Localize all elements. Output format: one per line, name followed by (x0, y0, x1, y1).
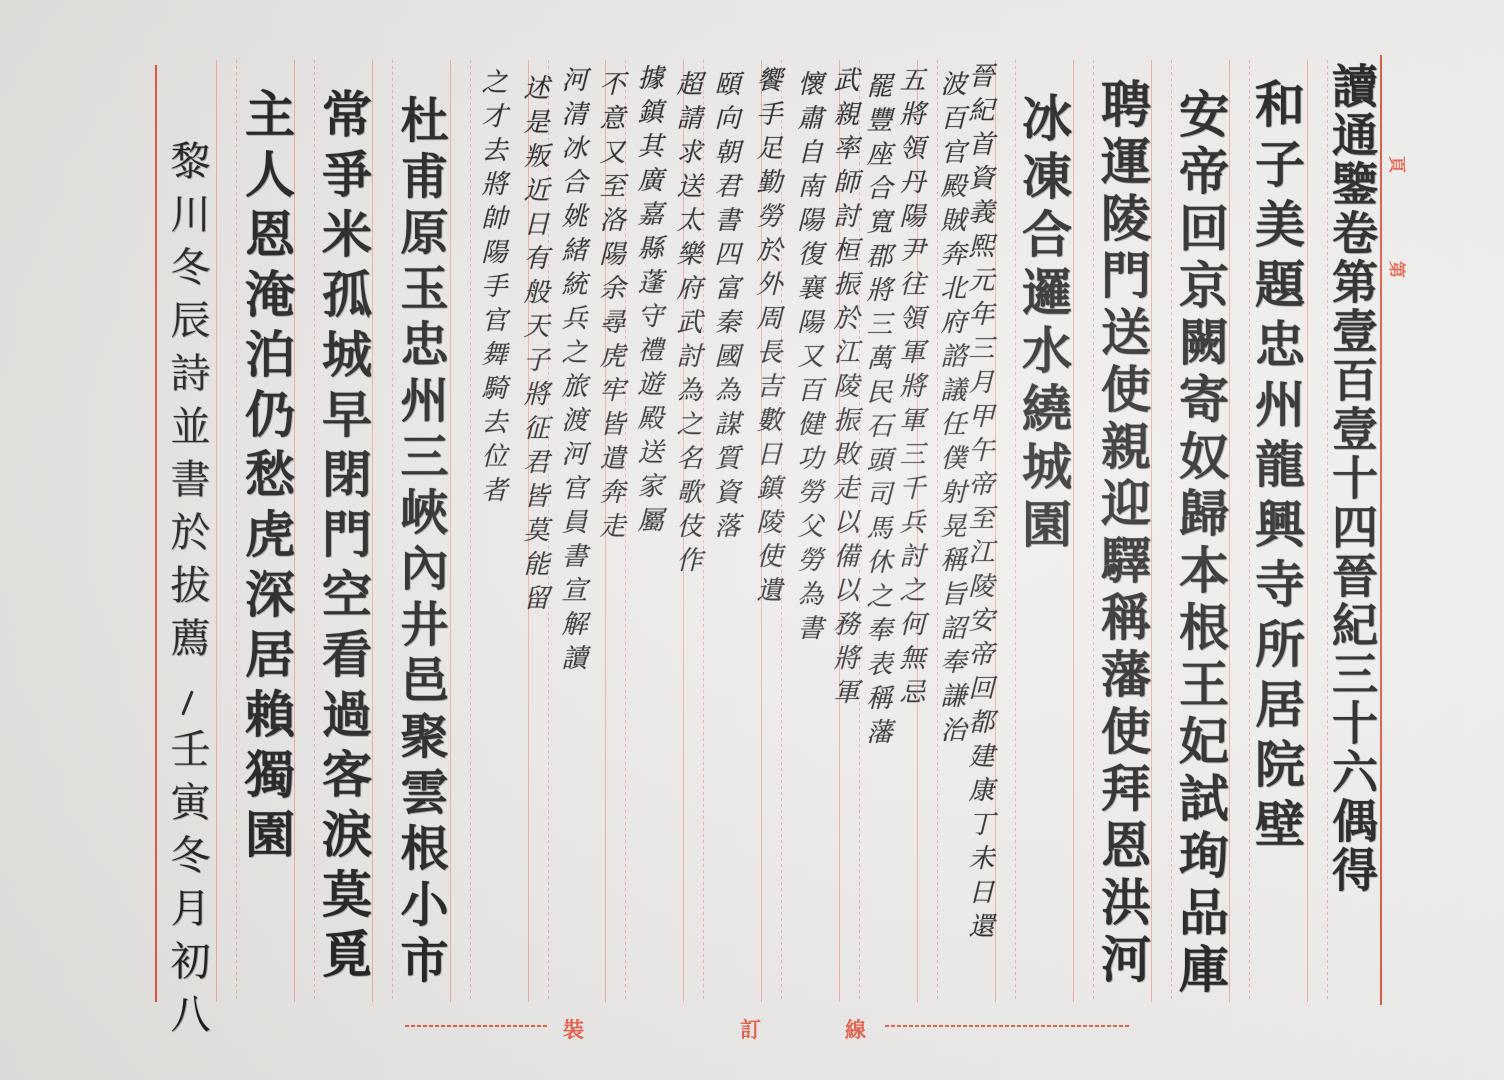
original-poem-column-3: 主人恩淹泊仍愁虎深居賴獨園 (241, 88, 291, 868)
annotation-line: 頤向朝君書四富秦國為謀質資落 (712, 70, 738, 546)
binding-label-char: 線 (845, 1014, 866, 1044)
right-border-rule (1380, 55, 1382, 1005)
grid-rule-dashed (859, 60, 860, 1002)
annotation-line: 懷肅自南陽復襄陽又百健功勞父勞為書 (795, 70, 821, 648)
calligraphy-page: 頁 第 讀通鑒卷第壹百壹十四晉紀三十六偶得 和子美題忠州龍興寺所居院壁 安帝回京… (0, 0, 1504, 1080)
annotation-line: 河清冰合姚緒統兵之旅渡河官員書宣解讀 (559, 66, 585, 678)
response-poem-column-1: 安帝回京闕寄奴歸本根王妃試珣品庫 (1175, 88, 1225, 1000)
annotation-line: 波百官殿賊奔北府諮議任僕射晃稱旨詔奉謙治 (938, 70, 964, 750)
grid-rule-dashed (625, 60, 626, 1002)
signature-date: 壬寅冬月初八 (167, 728, 207, 1046)
response-poem-column-2: 聘運陵門送使親迎驛稱藩使拜恩洪河 (1097, 78, 1147, 990)
grid-rule (216, 60, 217, 1002)
heading-subtitle-column: 和子美題忠州龍興寺所居院壁 (1251, 78, 1301, 858)
binding-label-char: 訂 (740, 1014, 761, 1044)
annotation-line: 罷豐座合寬郡將三萬民石頭司馬休之奉表稱藩 (864, 72, 890, 752)
annotation-line: 晉紀首資義熙元年三月甲午帝至江陵安帝回都建康丁未日還 (966, 62, 992, 946)
grid-rule-dashed (470, 60, 471, 1002)
grid-rule (1307, 60, 1308, 1002)
signature-line: 黎川冬辰詩並書於拔薦 (167, 140, 207, 670)
grid-rule-dashed (703, 60, 704, 1002)
original-poem-column-1: 杜甫原玉忠州三峽內井邑聚雲根小市 (396, 95, 444, 991)
separator-stroke (181, 690, 194, 715)
grid-rule (995, 60, 996, 1002)
annotation-line: 武親率師討桓振於江陵振敗走以備以務將軍 (831, 66, 857, 712)
annotation-line: 據鎮其廣嘉縣蓬守禮遊殿送家屬 (635, 64, 661, 540)
annotation-line: 述是叛近日有般天子將征君皆莫能留 (521, 74, 547, 618)
binding-dashed-line-right (885, 1025, 1130, 1027)
binding-dashed-line-left (405, 1025, 548, 1027)
grid-rule (1073, 60, 1074, 1002)
heading-title-column: 讀通鑒卷第壹百壹十四晉紀三十六偶得 (1329, 62, 1375, 895)
annotation-line: 不意又至洛陽余尋虎牢皆遣奔走 (597, 70, 623, 546)
annotation-line: 饗手足勤勞於外周長吉數日鎮陵使遺 (754, 66, 780, 610)
annotation-line: 五將領丹陽尹往領軍將軍三千兵討之何無忌 (897, 66, 923, 712)
page-mark: 頁 (1386, 156, 1411, 173)
annotation-line: 超請求送太樂府武討為之名歌伎作 (674, 70, 700, 580)
annotation-line: 之才去將帥陽手官舞騎去位者 (479, 68, 505, 510)
original-poem-column-2: 常爭米孤城早閉門空看過客淚莫覓 (318, 88, 368, 988)
left-border-rule (155, 65, 157, 1002)
grid-rule (450, 60, 451, 1002)
binding-label-char: 裝 (563, 1014, 584, 1044)
ordinal-mark: 第 (1386, 261, 1411, 278)
response-poem-column-3: 冰凍合邏水繞城園 (1018, 92, 1068, 556)
